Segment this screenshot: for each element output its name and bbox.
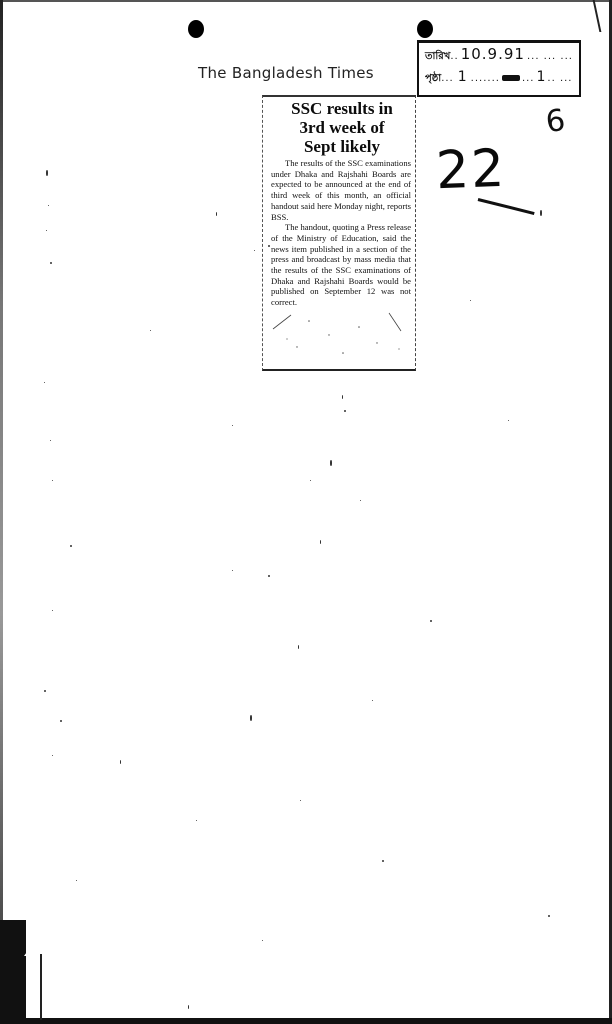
- stamp-dots: .......: [471, 73, 500, 84]
- scan-speck: [300, 800, 301, 801]
- scan-speck: [188, 1005, 189, 1009]
- stamp-page-row: পৃষ্ঠা ... 1 ....... ... 1 .. ...: [425, 71, 572, 88]
- article-paragraph: The handout, quoting a Press release of …: [271, 222, 411, 308]
- headline-line: 3rd week of: [273, 118, 411, 137]
- scan-speck: [120, 760, 121, 764]
- scan-speck: [508, 420, 509, 421]
- scan-speck: [372, 700, 373, 701]
- scan-speck: [360, 500, 361, 501]
- scan-speck: [76, 880, 77, 881]
- newspaper-masthead: The Bangladesh Times: [198, 64, 374, 82]
- handwritten-sheet-number: 6: [544, 103, 568, 140]
- stamp-dots: ..: [450, 51, 458, 62]
- scan-speck: [430, 620, 432, 622]
- stamp-dots: ...: [441, 73, 454, 84]
- scan-speck: [48, 205, 49, 206]
- scan-speck: [344, 410, 346, 412]
- scan-speck: [50, 262, 52, 264]
- scan-speck: [232, 570, 233, 571]
- scan-speck: [70, 545, 72, 547]
- scan-edge-bottom: [0, 1018, 612, 1024]
- scan-speck: [196, 820, 197, 821]
- handwritten-file-number: 22: [435, 139, 507, 201]
- scan-speck: [330, 460, 332, 466]
- scan-speck: [46, 230, 47, 231]
- article-body: The results of the SSC examinations unde…: [271, 158, 411, 308]
- top-right-corner-fold: [593, 0, 612, 32]
- scan-speck: [46, 170, 48, 176]
- scan-speck: [60, 720, 62, 722]
- stamp-page-label: পৃষ্ঠা: [425, 71, 441, 88]
- article-headline: SSC results in 3rd week of Sept likely: [273, 99, 411, 156]
- stamp-column-label-blot: [502, 75, 520, 81]
- scan-speck: [310, 480, 311, 481]
- stamp-date-row: তারিখ .. 10.9.91 ... ... ...: [425, 49, 573, 66]
- date-stamp: তারিখ .. 10.9.91 ... ... ... পৃষ্ঠা ... …: [417, 40, 581, 97]
- stamp-dots: .. ...: [547, 73, 572, 84]
- stamp-date-value: 10.9.91: [459, 45, 527, 63]
- scan-speck: [52, 755, 53, 756]
- handwritten-stroke: [478, 198, 535, 215]
- scan-edge-left: [0, 0, 3, 1024]
- scan-speck: [44, 690, 46, 692]
- page-fold-shadow: [0, 920, 26, 1020]
- scanned-page: The Bangladesh Times তারিখ .. 10.9.91 ..…: [0, 0, 612, 1024]
- stamp-dots: ... ... ...: [527, 51, 573, 62]
- scan-speck: [250, 715, 252, 721]
- headline-line: Sept likely: [273, 137, 411, 156]
- scan-speck: [150, 330, 151, 331]
- clipping-scan-noise: [269, 309, 409, 364]
- stamp-date-label: তারিখ: [425, 49, 450, 66]
- stamp-dots: ...: [522, 73, 535, 84]
- scan-speck: [320, 540, 321, 544]
- scan-edge-top: [0, 0, 612, 2]
- headline-line: SSC results in: [273, 99, 411, 118]
- punch-hole-icon: [417, 20, 433, 38]
- page-fold-corner: [24, 934, 40, 956]
- scan-speck: [540, 210, 542, 216]
- scan-speck: [470, 300, 471, 301]
- scan-speck: [262, 940, 263, 941]
- scan-speck: [50, 440, 51, 441]
- scan-speck: [52, 610, 53, 611]
- scan-speck: [298, 645, 299, 649]
- stamp-page-value: 1: [454, 69, 471, 85]
- scan-speck: [548, 915, 550, 917]
- page-fold-line: [40, 954, 42, 1020]
- news-clipping: SSC results in 3rd week of Sept likely T…: [262, 95, 416, 371]
- scan-speck: [382, 860, 384, 862]
- article-paragraph: The results of the SSC examinations unde…: [271, 158, 411, 222]
- scan-speck: [44, 382, 45, 383]
- scan-speck: [268, 575, 270, 577]
- scan-speck: [216, 212, 217, 216]
- scan-speck: [342, 395, 343, 399]
- scan-speck: [254, 250, 255, 251]
- stamp-column-value: 1: [534, 69, 547, 85]
- punch-hole-icon: [188, 20, 204, 38]
- scan-speck: [52, 480, 53, 481]
- scan-speck: [232, 425, 233, 426]
